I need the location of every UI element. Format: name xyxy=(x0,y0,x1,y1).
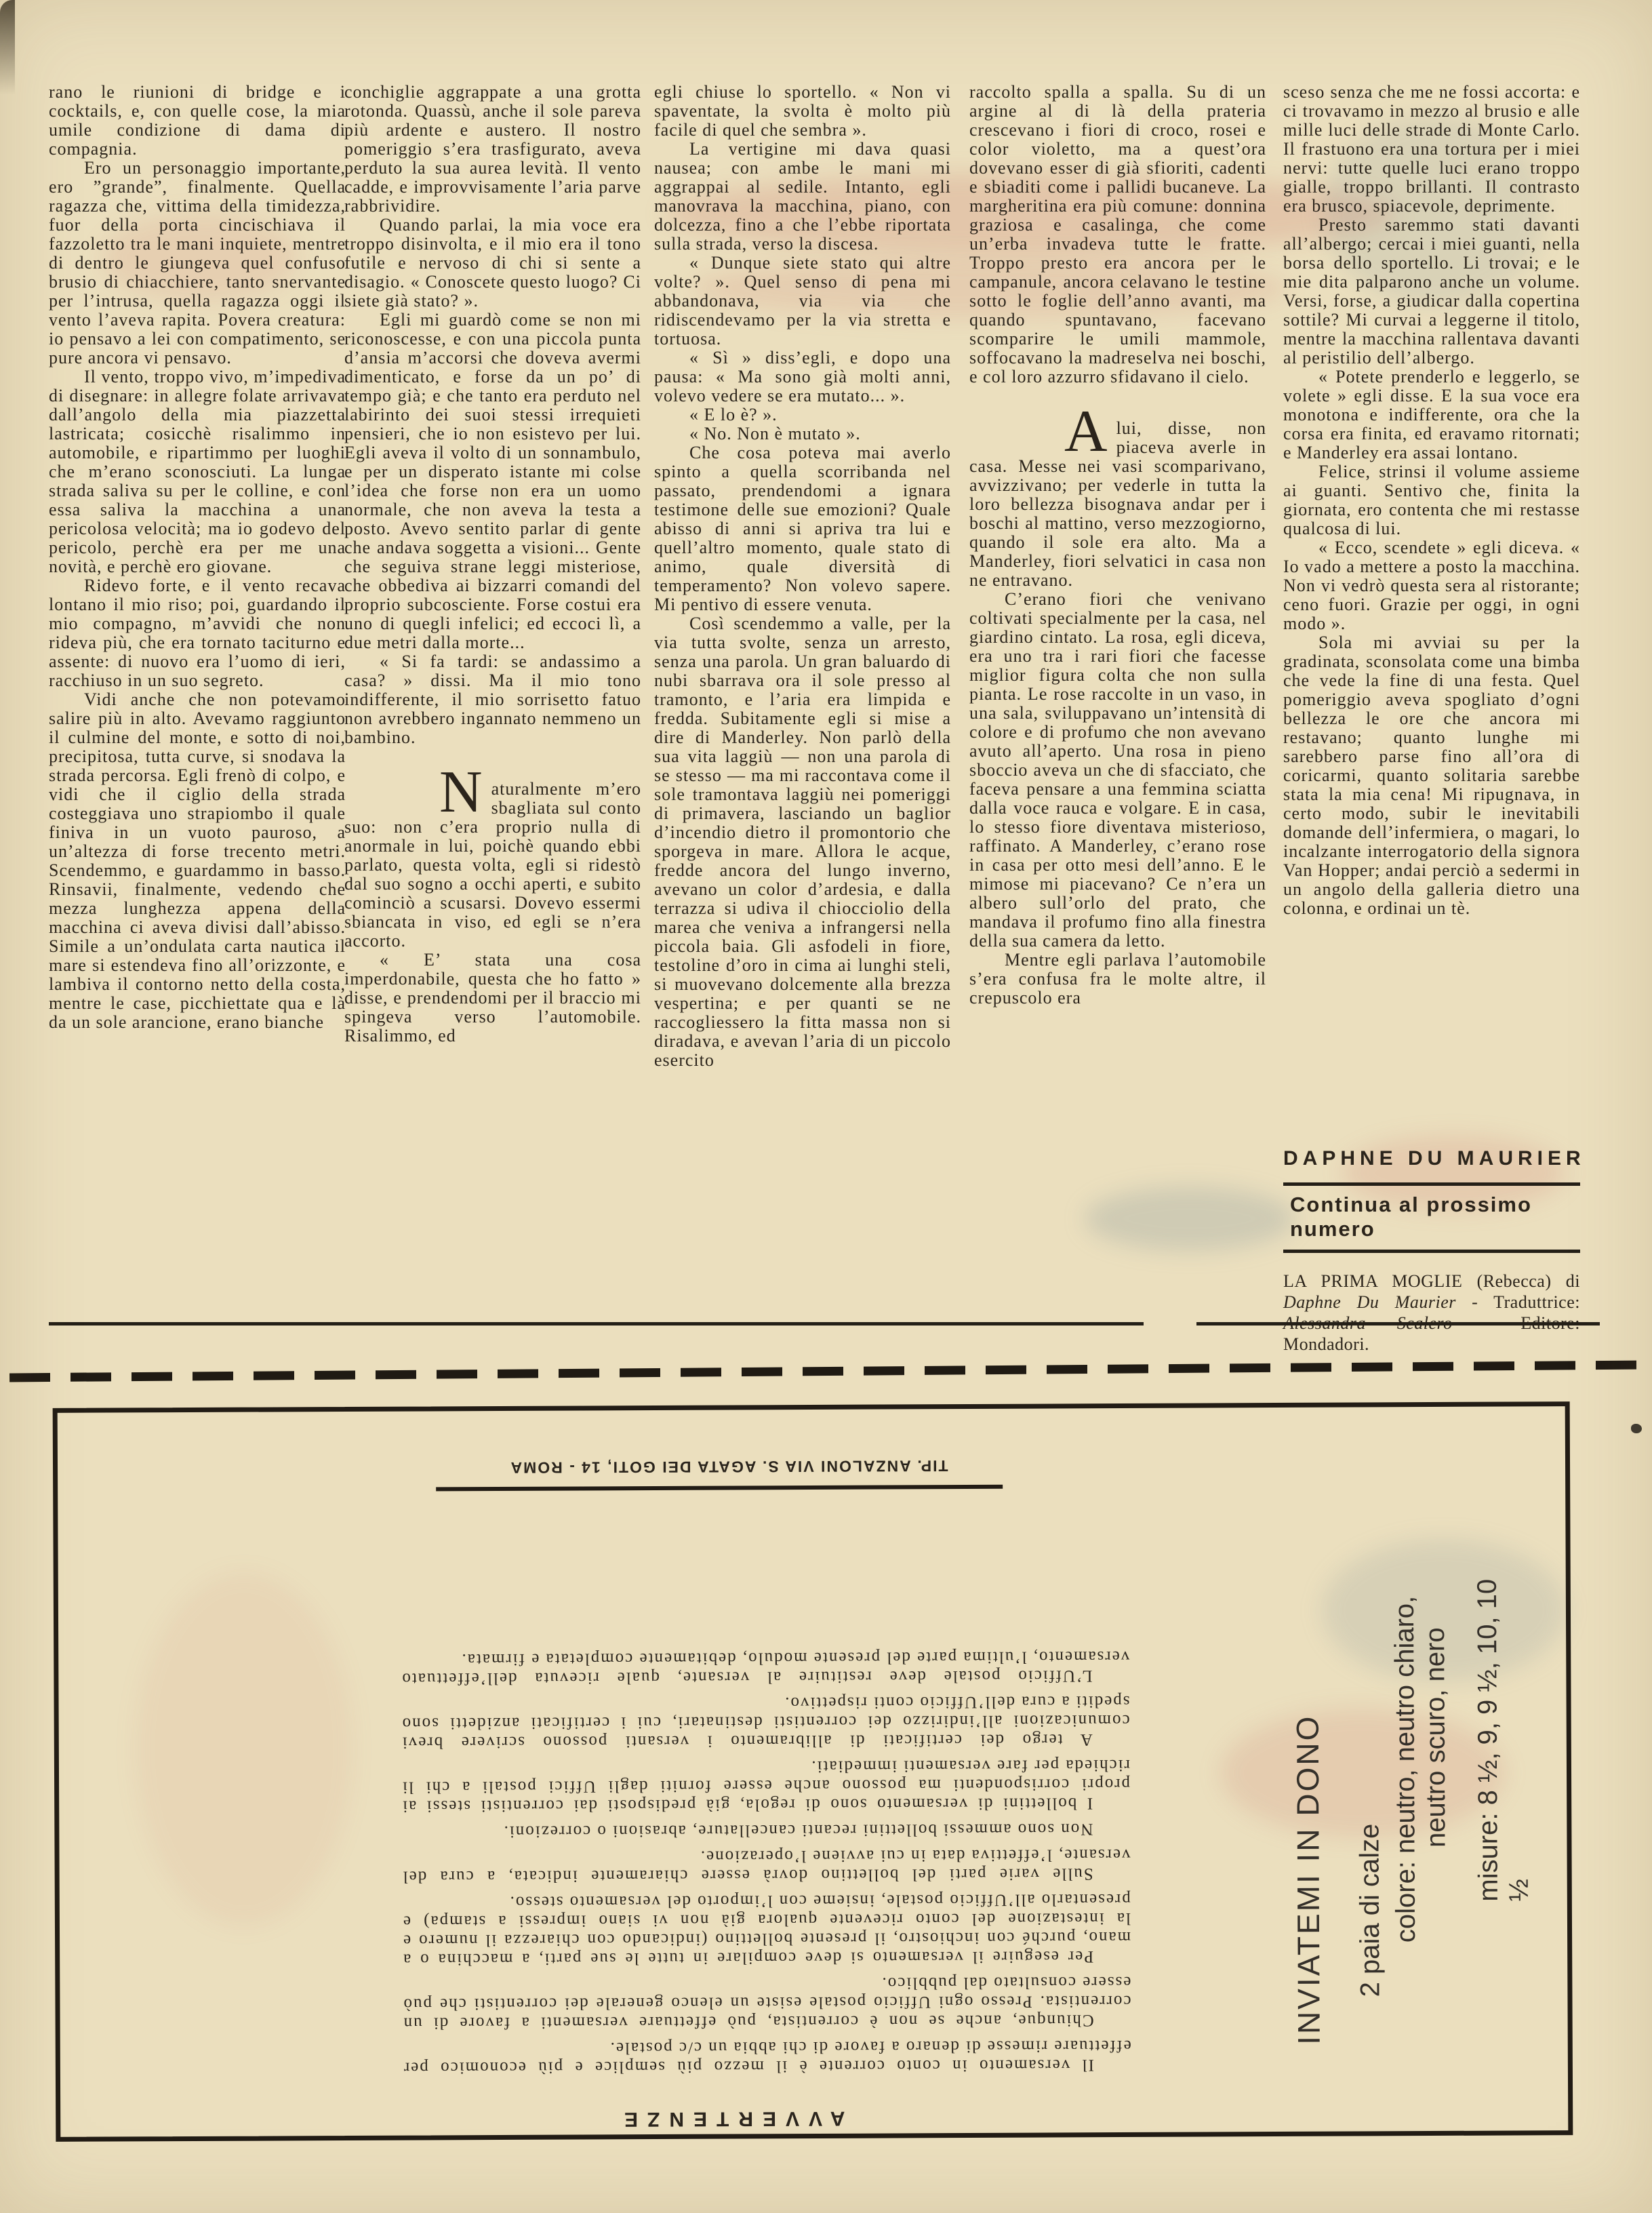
article-paragraph: « E’ stata una cosa imperdonabile, quest… xyxy=(344,951,641,1045)
article-column-2: conchiglie aggrappate a una grotta roton… xyxy=(344,83,641,1330)
article-paragraph: Che cosa poteva mai averlo spinto a quel… xyxy=(654,443,951,614)
printer-imprint: TIP. ANZALONI VIA S. AGATA DEI GOTI, 14 … xyxy=(437,1456,1020,1477)
colophon-italic: Daphne Du Maurier xyxy=(1283,1292,1456,1312)
article-paragraph: Egli mi guardò come se non mi riconosces… xyxy=(344,311,641,652)
article-paragraph: « Dunque siete stato qui altre volte? ».… xyxy=(654,254,951,348)
article-paragraph: Felice, strinsi il volume assieme ai gua… xyxy=(1283,462,1580,538)
article-columns: rano le riunioni di bridge e i cocktails… xyxy=(0,0,1652,1329)
dropcap-letter: N xyxy=(439,772,483,814)
article-paragraph: La vertigine mi dava quasi nausea; con a… xyxy=(654,140,951,254)
article-paragraph: Vidi anche che non potevamo salire più i… xyxy=(49,690,346,1032)
article-paragraph: Sola mi avviai su per la gradinata, scon… xyxy=(1283,633,1580,918)
article-column-1: rano le riunioni di bridge e i cocktails… xyxy=(49,83,346,1330)
article-paragraph: « No. Non è mutato ». xyxy=(654,424,951,443)
divider-rule xyxy=(1283,1250,1580,1253)
author-name: DAPHNE DU MAURIER xyxy=(1283,1147,1580,1170)
article-paragraph: Presto saremmo stati davanti all’albergo… xyxy=(1283,216,1580,367)
article-paragraph: Naturalmente m’ero sbagliata sul conto s… xyxy=(344,780,641,951)
avvertenze-paragraph: L’Ufficio postale deve restituire al ver… xyxy=(401,1647,1129,1688)
colophon-text: LA PRIMA MOGLIE (Rebecca) di xyxy=(1283,1271,1580,1291)
avvertenze-paragraphs: Il versamento in conto corrente è il mez… xyxy=(401,1647,1131,2077)
article-paragraph: Il vento, troppo vivo, m’impediva di dis… xyxy=(49,367,346,576)
article-paragraph: Così scendemmo a valle, per la via tutta… xyxy=(654,614,951,1070)
article-paragraph: Mentre egli parlava l’automobile s’era c… xyxy=(969,951,1266,1008)
article-column-4: raccolto spalla a spalla. Su di un argin… xyxy=(969,83,1266,1330)
article-paragraph: egli chiuse lo sportello. « Non vi spave… xyxy=(654,83,951,140)
dropcap-letter: A xyxy=(1064,411,1108,453)
article-paragraph: Ero un personaggio importante, ero ”gran… xyxy=(49,159,346,367)
gift-heading: INVIATEMI IN DONO xyxy=(1289,1557,1327,2045)
article-column-3: egli chiuse lo sportello. « Non vi spave… xyxy=(654,83,951,1330)
section-rule xyxy=(49,1322,1600,1325)
avvertenze-paragraph: Il versamento in conto corrente è il mez… xyxy=(403,2036,1131,2077)
article-paragraph: « E lo è? ». xyxy=(654,405,951,424)
gift-sizes: misure: 8 ½, 9, 9 ½, 10, 10 ½ xyxy=(1472,1555,1535,1901)
article-paragraph: conchiglie aggrappate a una grotta roton… xyxy=(344,83,641,216)
continua-notice: Continua al prossimo numero xyxy=(1283,1186,1580,1250)
imprint-rule xyxy=(436,1485,1003,1492)
article-paragraph: « Si fa tardi: se andassimo a casa? » di… xyxy=(344,652,641,747)
article-paragraph: raccolto spalla a spalla. Su di un argin… xyxy=(969,83,1266,386)
colophon-text: - Traduttrice: xyxy=(1456,1292,1580,1312)
avvertenze-section: AVVERTENZE Il versamento in conto corren… xyxy=(400,1532,1131,2132)
article-paragraph: Ridevo forte, e il vento recava lontano … xyxy=(49,576,346,690)
gift-colors-line1: colore: neutro, neutro chiaro, xyxy=(1390,1556,1422,1942)
avvertenze-paragraph: Sulle varie parti del bollettino dovrà e… xyxy=(401,1845,1130,1886)
avvertenze-paragraph: Non sono ammessi bollettini recanti canc… xyxy=(401,1819,1130,1841)
postal-form-box: TIP. ANZALONI VIA S. AGATA DEI GOTI, 14 … xyxy=(53,1401,1573,2142)
colophon: LA PRIMA MOGLIE (Rebecca) di Daphne Du M… xyxy=(1283,1271,1580,1355)
magazine-page: rano le riunioni di bridge e i cocktails… xyxy=(0,0,1652,2213)
article-paragraph: « Ecco, scendete » egli diceva. « Io vad… xyxy=(1283,538,1580,633)
article-paragraph: Quando parlai, la mia voce era troppo di… xyxy=(344,216,641,311)
avvertenze-paragraph: Per eseguire il versamento si deve compi… xyxy=(402,1890,1131,1969)
article-paragraph: « Sì » diss’egli, e dopo una pausa: « Ma… xyxy=(654,348,951,405)
article-paragraph: rano le riunioni di bridge e i cocktails… xyxy=(49,83,346,159)
gift-request-block: INVIATEMI IN DONO 2 paia di calze colore… xyxy=(1289,1555,1535,2045)
cut-dashed-line xyxy=(9,1361,1642,1382)
avvertenze-paragraph: I bollettini di versamento sono di regol… xyxy=(401,1755,1130,1816)
article-paragraph: C’erano fiori che venivano coltivati spe… xyxy=(969,590,1266,951)
avvertenze-paragraph: Chiunque, anche se non è correntista, pu… xyxy=(402,1972,1131,2033)
article-paragraph: sceso senza che me ne fossi accorta: e c… xyxy=(1283,83,1580,216)
gift-colors-line2: neutro scuro, nero xyxy=(1420,1556,1452,1848)
article-paragraph: « Potete prenderlo e leggerlo, se volete… xyxy=(1283,367,1580,462)
article-paragraph: A lui, disse, non piaceva averle in casa… xyxy=(969,419,1266,590)
ink-blot-artifact xyxy=(1631,1424,1642,1433)
article-column-5: sceso senza che me ne fossi accorta: e c… xyxy=(1283,83,1580,1134)
avvertenze-title: AVVERTENZE xyxy=(365,2105,1094,2132)
avvertenze-paragraph: A tergo dei certificati di allibramento … xyxy=(401,1692,1129,1752)
gift-item: 2 paia di calze xyxy=(1354,1556,1386,1997)
